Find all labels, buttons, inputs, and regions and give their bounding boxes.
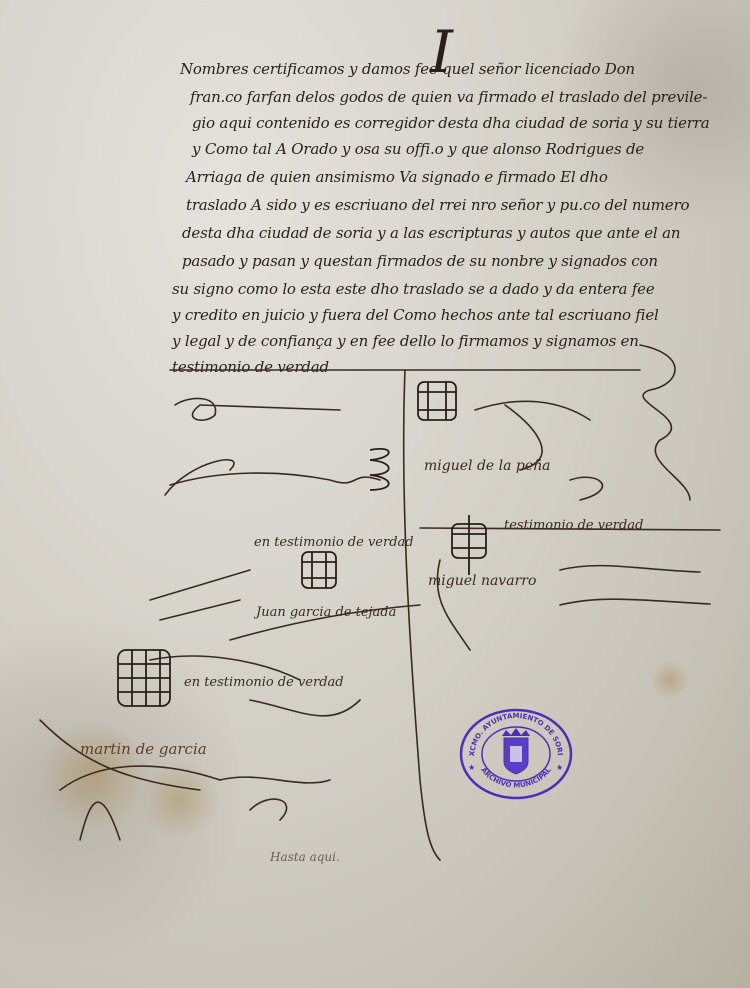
svg-text:★: ★: [556, 763, 563, 772]
signature-juan-garcia: Juan garcia de tejada: [256, 605, 396, 620]
signature-miguel-navarro: miguel navarro: [428, 573, 536, 589]
signature-miguel-de-la-pena: miguel de la peña: [424, 458, 551, 474]
manuscript-page: I Nombres certificamos y damos fee quel …: [0, 0, 750, 988]
signature-martin-garcia: martin de garcia: [80, 740, 207, 758]
signature-testimonio-1: en testimonio de verdad: [254, 535, 414, 550]
signature-testimonio-2: testimonio de verdad: [504, 518, 643, 533]
archive-stamp: EXCMO. AYUNTAMIENTO DE SORIA ARCHIVO MUN…: [458, 708, 574, 800]
signature-flourishes: [0, 0, 750, 988]
seal-icon: EXCMO. AYUNTAMIENTO DE SORIA ARCHIVO MUN…: [458, 708, 574, 800]
signature-testimonio-3: en testimonio de verdad: [184, 675, 344, 690]
footnote: Hasta aqui.: [270, 850, 340, 864]
svg-text:★: ★: [468, 763, 475, 772]
